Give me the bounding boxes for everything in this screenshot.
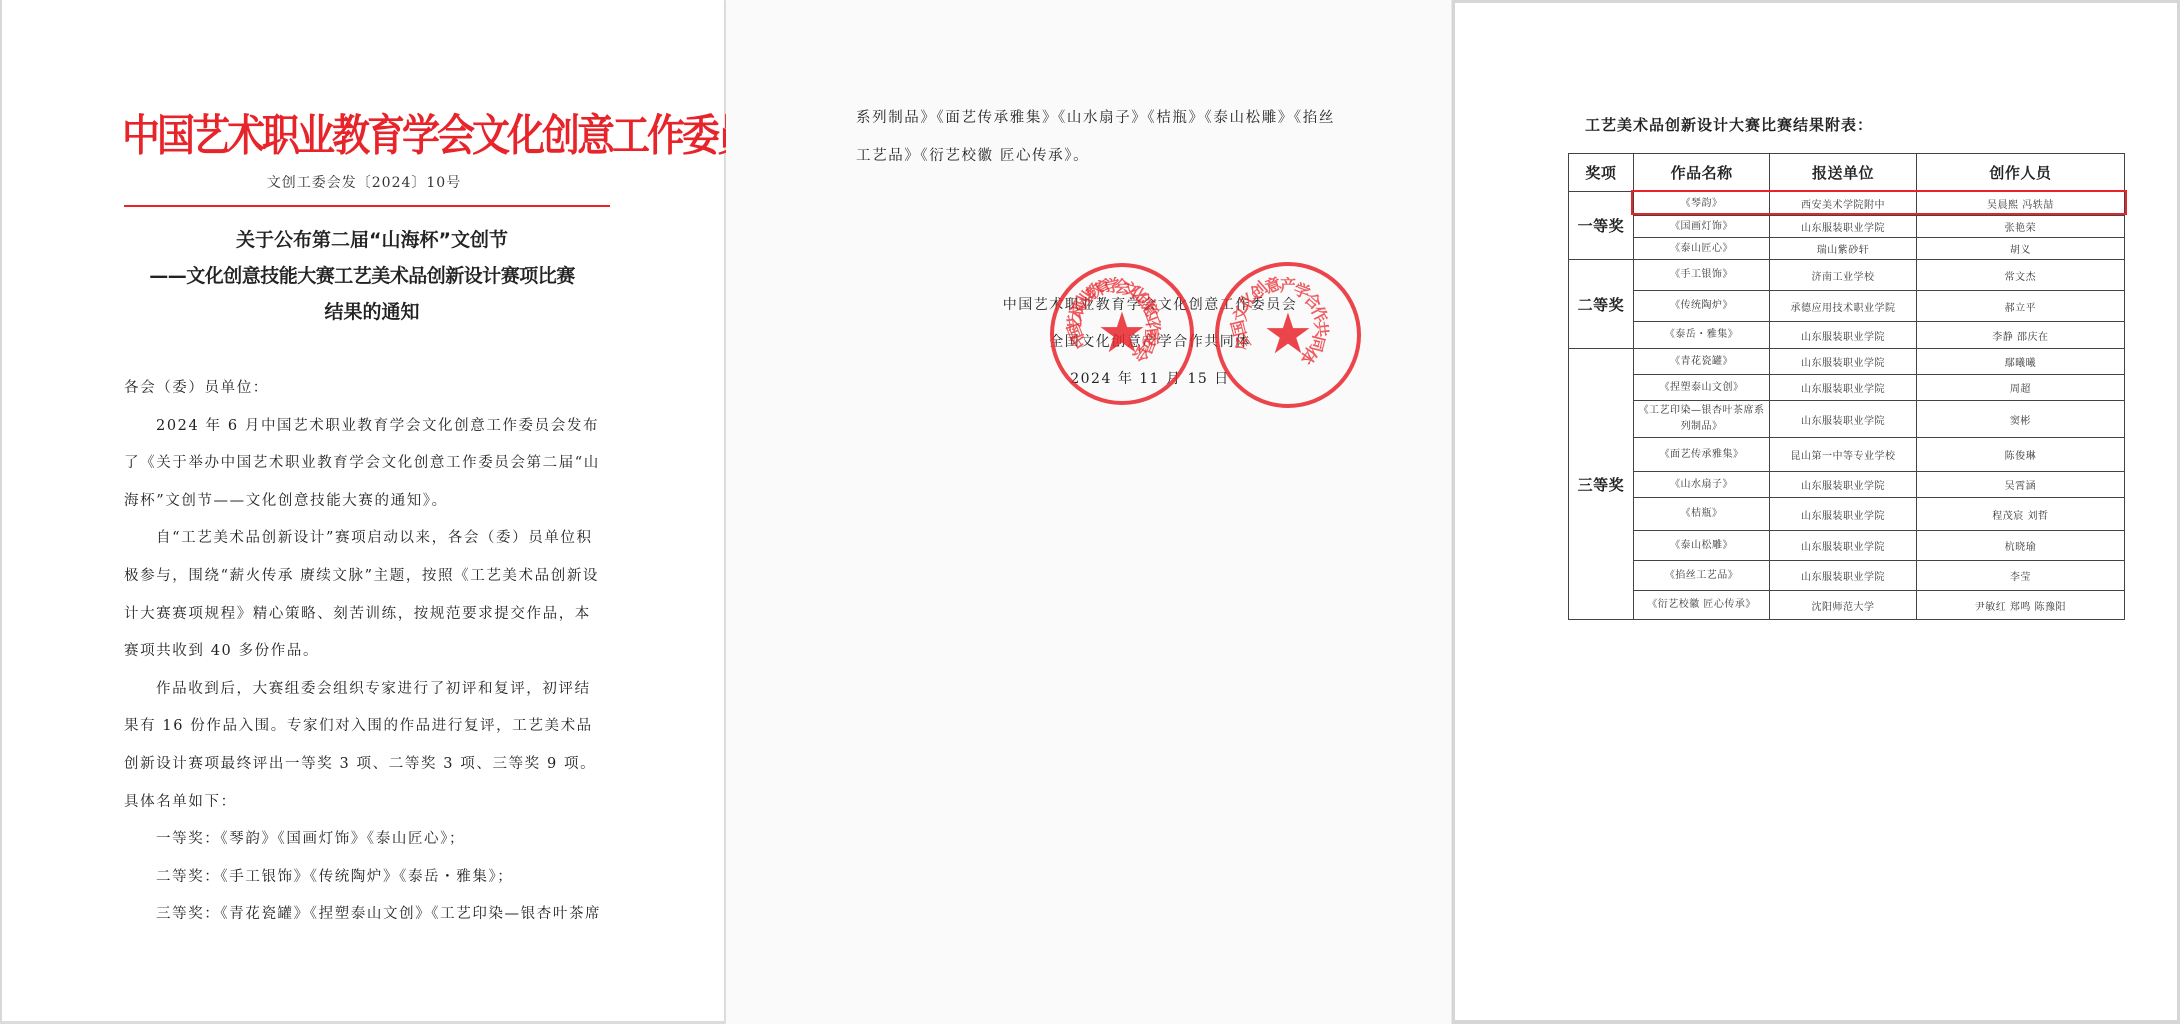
table-row: 《泰山松雕》山东服装职业学院杭晓瑜 xyxy=(1569,531,2125,561)
header-work: 作品名称 xyxy=(1633,154,1770,192)
notice-title: 关于公布第二届“山海杯”文创节 ——文化创意技能大赛工艺美术品创新设计赛项比赛 … xyxy=(112,222,632,330)
title-line-3: 结果的通知 xyxy=(112,294,632,330)
submitting-unit-cell: 承德应用技术职业学院 xyxy=(1770,291,1916,322)
submitting-unit-cell: 山东服装职业学院 xyxy=(1770,401,1916,438)
notice-body: 各会（委）员单位： 2024 年 6 月中国艺术职业教育学会文化创意工作委员会发… xyxy=(124,370,602,934)
appendix-title: 工艺美术品创新设计大赛比赛结果附表： xyxy=(1585,114,1873,135)
creator-cell: 李莹 xyxy=(1916,561,2124,591)
table-row: 《掐丝工艺品》山东服装职业学院李莹 xyxy=(1569,561,2125,591)
work-name-cell: 《国画灯饰》 xyxy=(1633,216,1770,238)
official-seal-1: 中国艺术职业教育学会文化创意工作委员会 ★ xyxy=(1050,263,1194,405)
award-level-cell: 二等奖 xyxy=(1569,260,1634,349)
submitting-unit-cell: 山东服装职业学院 xyxy=(1770,531,1916,561)
work-name-cell: 《泰岳・雅集》 xyxy=(1633,322,1770,349)
creator-cell: 尹敏红 郑鸣 陈豫阳 xyxy=(1916,591,2124,620)
body-paragraph: 2024 年 6 月中国艺术职业教育学会文化创意工作委员会发布了《关于举办中国艺… xyxy=(124,408,602,521)
submitting-unit-cell: 山东服装职业学院 xyxy=(1770,322,1916,349)
creator-cell: 胡义 xyxy=(1916,238,2124,260)
creator-cell: 鄢曦曦 xyxy=(1916,349,2124,375)
third-prize-line: 三等奖：《青花瓷罐》《捏塑泰山文创》《工艺印染—银杏叶茶席 xyxy=(124,896,602,934)
creator-cell: 李静 邵庆在 xyxy=(1916,322,2124,349)
creator-cell: 杭晓瑜 xyxy=(1916,531,2124,561)
continuation-text: 系列制品》《面艺传承雅集》《山水扇子》《桔瓶》《泰山松雕》《掐丝 工艺品》《衍艺… xyxy=(856,100,1356,175)
work-name-cell: 《山水扇子》 xyxy=(1633,472,1770,498)
work-name-cell: 《桔瓶》 xyxy=(1633,498,1770,531)
document-page-1: 中国艺术职业教育学会文化创意工作委员会 文创工委会发〔2024〕10号 关于公布… xyxy=(0,0,724,1024)
table-row: 《工艺印染—银杏叶茶席系列制品》山东服装职业学院窦彬 xyxy=(1569,401,2125,438)
submitting-unit-cell: 山东服装职业学院 xyxy=(1770,472,1916,498)
work-name-cell: 《衍艺校徽 匠心传承》 xyxy=(1633,591,1770,620)
table-row: 一等奖《琴韵》西安美术学院附中吴晨熙 冯轶喆 xyxy=(1569,192,2125,216)
submitting-unit-cell: 瑞山紫砂轩 xyxy=(1770,238,1916,260)
work-name-cell: 《泰山匠心》 xyxy=(1633,238,1770,260)
work-name-cell: 《青花瓷罐》 xyxy=(1633,349,1770,375)
work-name-cell: 《传统陶炉》 xyxy=(1633,291,1770,322)
creator-cell: 吴霄涵 xyxy=(1916,472,2124,498)
table-row: 《捏塑泰山文创》山东服装职业学院周超 xyxy=(1569,375,2125,401)
body-paragraph: 自“工艺美术品创新设计”赛项启动以来，各会（委）员单位积极参与，围绕“薪火传承 … xyxy=(124,520,602,670)
work-name-cell: 《手工银饰》 xyxy=(1633,260,1770,291)
creator-cell: 常文杰 xyxy=(1916,260,2124,291)
submitting-unit-cell: 山东服装职业学院 xyxy=(1770,216,1916,238)
table-row: 《面艺传承雅集》昆山第一中等专业学校陈俊琳 xyxy=(1569,438,2125,472)
creator-cell: 吴晨熙 冯轶喆 xyxy=(1916,192,2124,216)
table-header-row: 奖项 作品名称 报送单位 创作人员 xyxy=(1569,154,2125,192)
first-prize-line: 一等奖：《琴韵》《国画灯饰》《泰山匠心》； xyxy=(124,821,602,859)
table-row: 二等奖《手工银饰》济南工业学校常文杰 xyxy=(1569,260,2125,291)
org-red-header: 中国艺术职业教育学会文化创意工作委员会 xyxy=(122,100,612,163)
work-name-cell: 《琴韵》 xyxy=(1633,192,1770,216)
creator-cell: 张艳荣 xyxy=(1916,216,2124,238)
submitting-unit-cell: 山东服装职业学院 xyxy=(1770,498,1916,531)
header-unit: 报送单位 xyxy=(1770,154,1916,192)
star-icon: ★ xyxy=(1263,307,1313,363)
submitting-unit-cell: 沈阳师范大学 xyxy=(1770,591,1916,620)
submitting-unit-cell: 昆山第一中等专业学校 xyxy=(1770,438,1916,472)
table-row: 《山水扇子》山东服装职业学院吴霄涵 xyxy=(1569,472,2125,498)
table-row: 三等奖《青花瓷罐》山东服装职业学院鄢曦曦 xyxy=(1569,349,2125,375)
header-creator: 创作人员 xyxy=(1916,154,2124,192)
creator-cell: 陈俊琳 xyxy=(1916,438,2124,472)
award-level-cell: 一等奖 xyxy=(1569,192,1634,260)
document-number: 文创工委会发〔2024〕10号 xyxy=(2,172,726,192)
table-row: 《桔瓶》山东服装职业学院程茂宸 刘哲 xyxy=(1569,498,2125,531)
salutation: 各会（委）员单位： xyxy=(124,370,602,408)
creator-cell: 窦彬 xyxy=(1916,401,2124,438)
red-divider xyxy=(124,205,610,207)
submitting-unit-cell: 济南工业学校 xyxy=(1770,260,1916,291)
work-name-cell: 《捏塑泰山文创》 xyxy=(1633,375,1770,401)
work-name-cell: 《面艺传承雅集》 xyxy=(1633,438,1770,472)
title-line-1: 关于公布第二届“山海杯”文创节 xyxy=(112,222,632,258)
table-row: 《衍艺校徽 匠心传承》沈阳师范大学尹敏红 郑鸣 陈豫阳 xyxy=(1569,591,2125,620)
creator-cell: 郝立平 xyxy=(1916,291,2124,322)
submitting-unit-cell: 山东服装职业学院 xyxy=(1770,349,1916,375)
table-row: 《传统陶炉》承德应用技术职业学院郝立平 xyxy=(1569,291,2125,322)
table-row: 《泰山匠心》瑞山紫砂轩胡义 xyxy=(1569,238,2125,260)
table-row: 《泰岳・雅集》山东服装职业学院李静 邵庆在 xyxy=(1569,322,2125,349)
work-name-cell: 《掐丝工艺品》 xyxy=(1633,561,1770,591)
submitting-unit-cell: 西安美术学院附中 xyxy=(1770,192,1916,216)
official-seal-2: 全国文化创意产学合作共同体 ★ xyxy=(1215,262,1361,408)
header-award: 奖项 xyxy=(1569,154,1634,192)
submitting-unit-cell: 山东服装职业学院 xyxy=(1770,561,1916,591)
work-name-cell: 《工艺印染—银杏叶茶席系列制品》 xyxy=(1633,401,1770,438)
table-row: 《国画灯饰》山东服装职业学院张艳荣 xyxy=(1569,216,2125,238)
award-level-cell: 三等奖 xyxy=(1569,349,1634,620)
title-line-2: ——文化创意技能大赛工艺美术品创新设计赛项比赛 xyxy=(92,258,632,294)
work-name-cell: 《泰山松雕》 xyxy=(1633,531,1770,561)
second-prize-line: 二等奖：《手工银饰》《传统陶炉》《泰岳・雅集》； xyxy=(124,859,602,897)
continuation-line: 工艺品》《衍艺校徽 匠心传承》。 xyxy=(856,138,1356,176)
star-icon: ★ xyxy=(1097,306,1147,362)
body-paragraph: 作品收到后，大赛组委会组织专家进行了初评和复评，初评结果有 16 份作品入围。专… xyxy=(124,671,602,821)
creator-cell: 周超 xyxy=(1916,375,2124,401)
creator-cell: 程茂宸 刘哲 xyxy=(1916,498,2124,531)
continuation-line: 系列制品》《面艺传承雅集》《山水扇子》《桔瓶》《泰山松雕》《掐丝 xyxy=(856,100,1356,138)
submitting-unit-cell: 山东服装职业学院 xyxy=(1770,375,1916,401)
results-table: 奖项 作品名称 报送单位 创作人员 一等奖《琴韵》西安美术学院附中吴晨熙 冯轶喆… xyxy=(1568,153,2125,620)
